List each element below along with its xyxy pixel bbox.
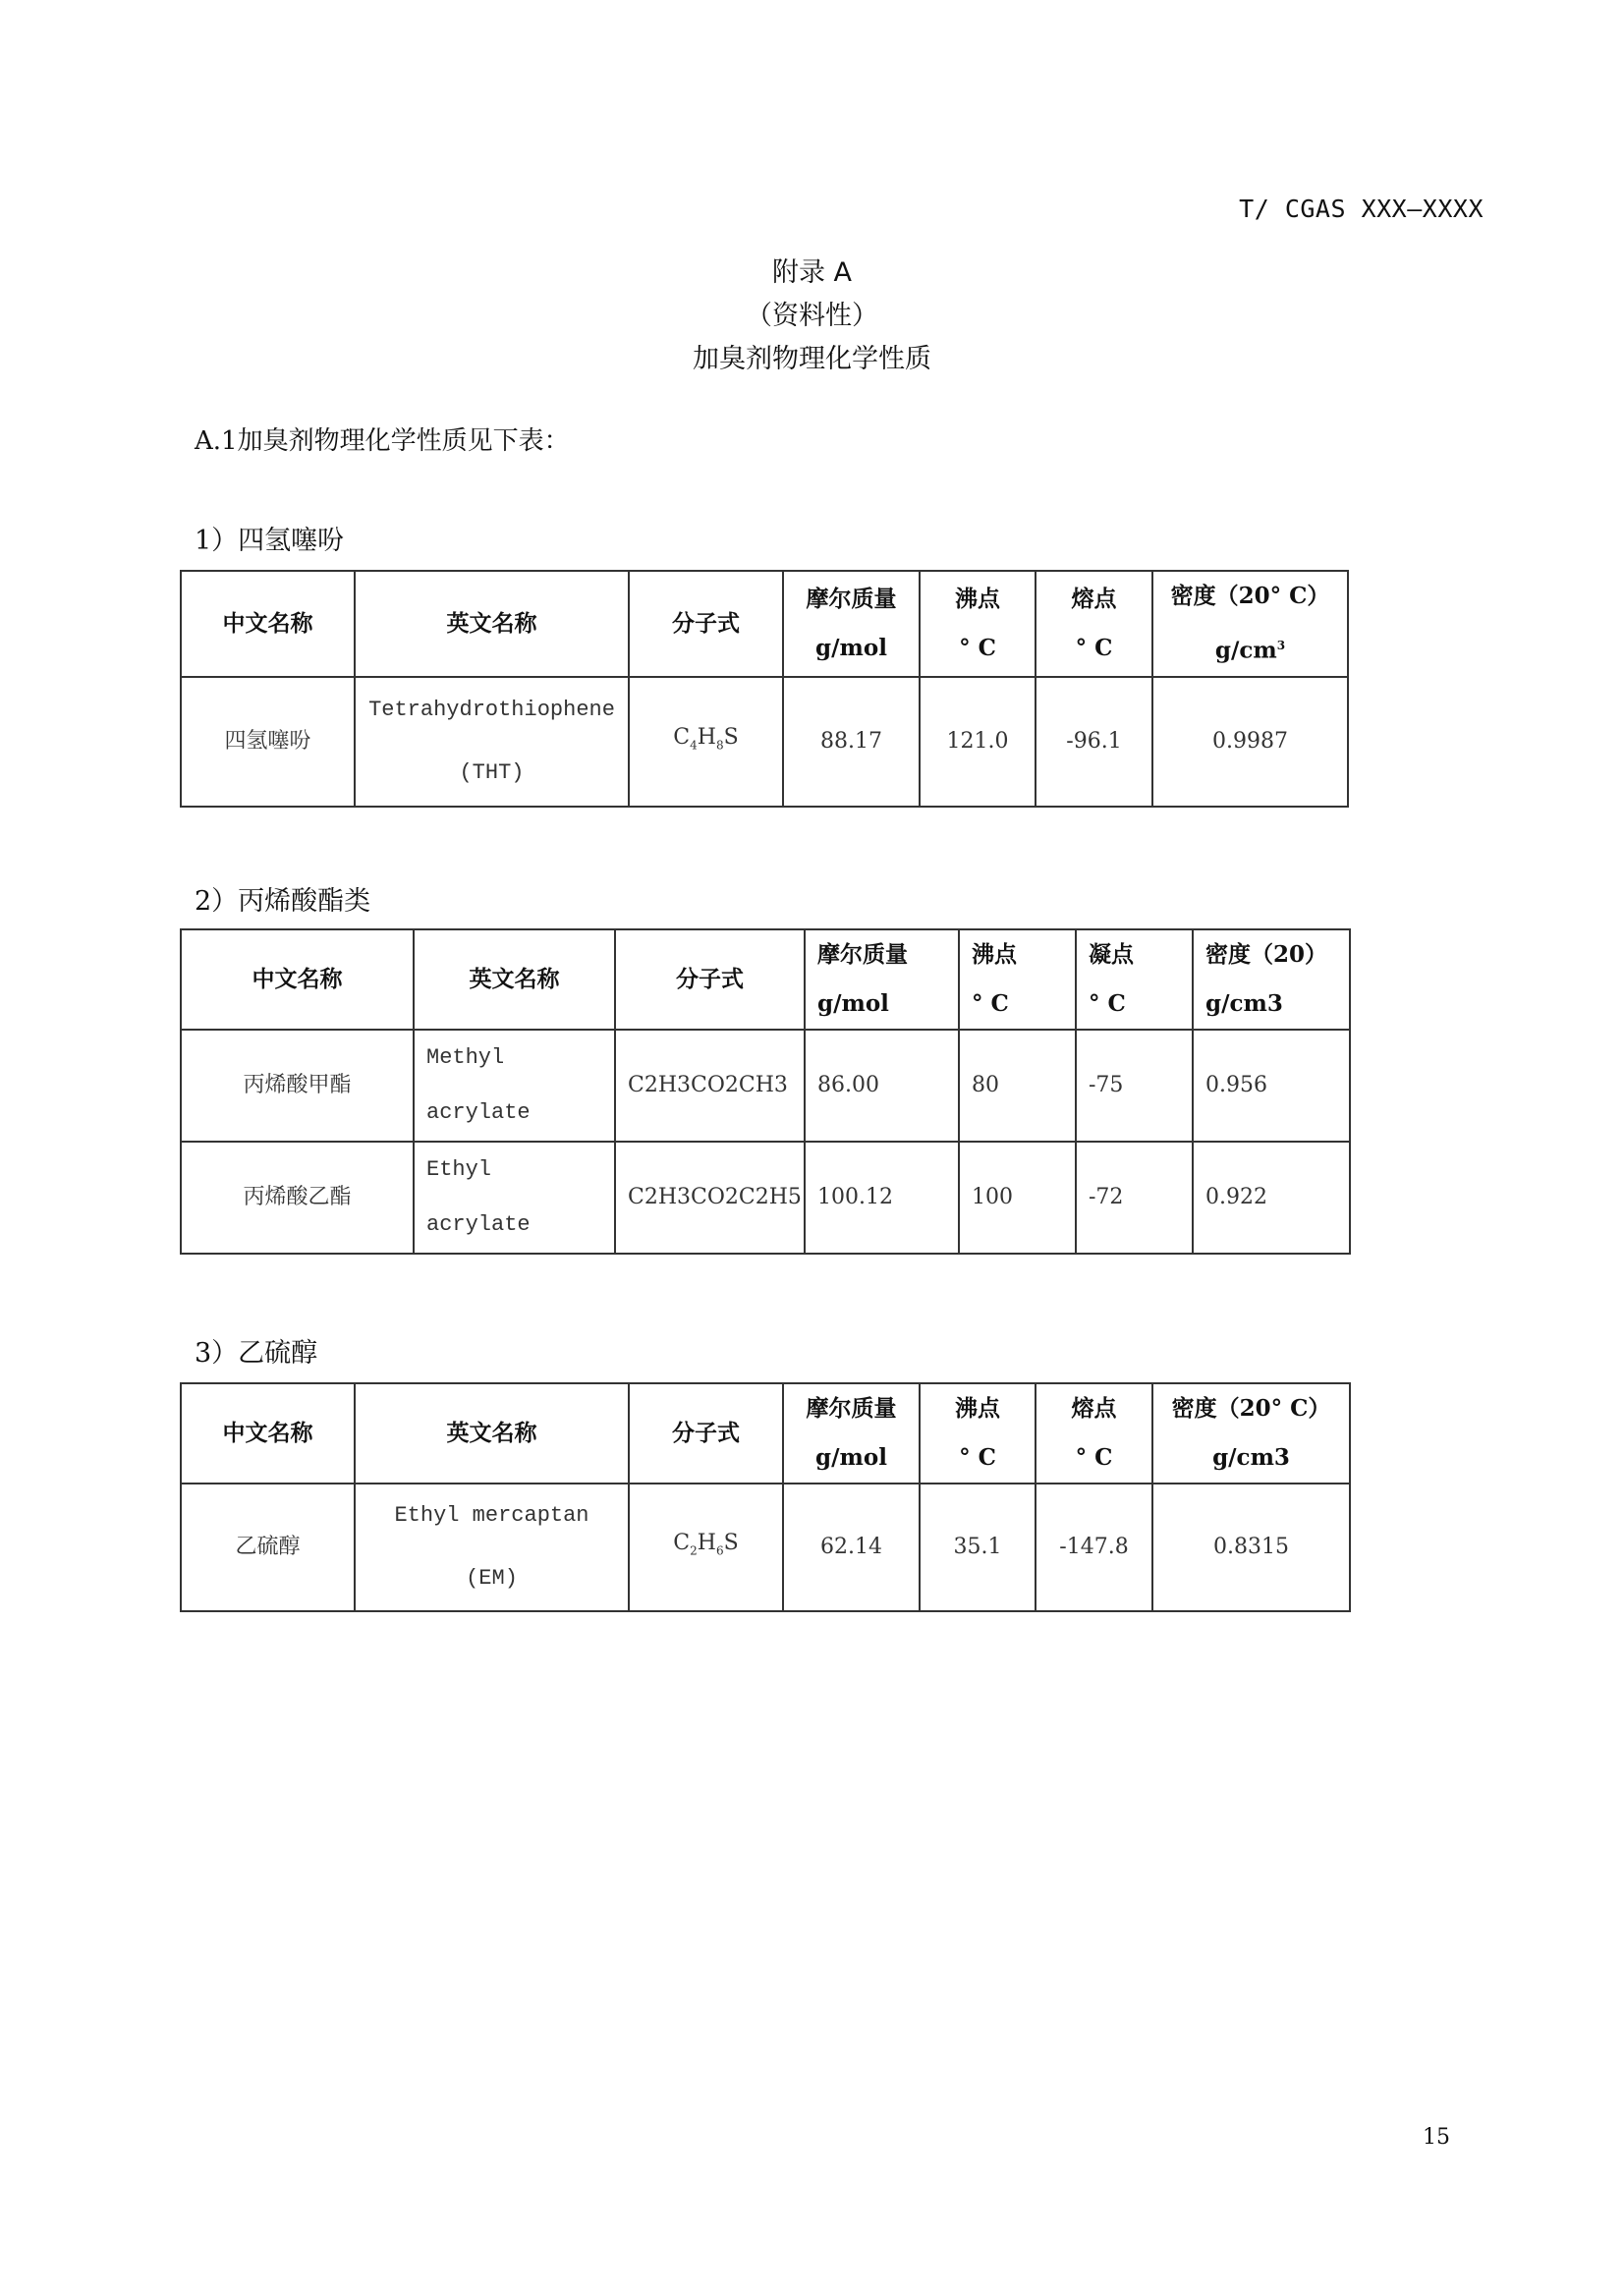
cell-formula: C2H3CO2C2H5 (615, 1142, 805, 1254)
header-density: 密度（20）g/cm3 (1193, 929, 1350, 1030)
header-density: 密度（20° C）g/cm3 (1152, 1383, 1350, 1484)
header-cn-name: 中文名称 (181, 1383, 355, 1484)
cell-molar-mass: 88.17 (783, 677, 920, 807)
cell-formula: C2H3CO2CH3 (615, 1030, 805, 1142)
cell-cn-name: 乙硫醇 (181, 1484, 355, 1611)
header-formula: 分子式 (629, 571, 783, 677)
cell-boiling: 80 (959, 1030, 1076, 1142)
header-formula: 分子式 (629, 1383, 783, 1484)
cell-en-name: Tetrahydrothiophene(THT) (355, 677, 629, 807)
header-en-name: 英文名称 (355, 571, 629, 677)
title-block: 附录 A （资料性） 加臭剂物理化学性质 (0, 252, 1624, 381)
header-molar-mass: 摩尔质量g/mol (783, 1383, 920, 1484)
cell-molar-mass: 86.00 (805, 1030, 959, 1142)
table-row: 乙硫醇 Ethyl mercaptan(EM) C2H6S 62.14 35.1… (181, 1484, 1350, 1611)
standard-code: T/ CGAS XXX—XXXX (1179, 195, 1484, 223)
cell-molar-mass: 62.14 (783, 1484, 920, 1611)
cell-freezing: -75 (1076, 1030, 1193, 1142)
table-header-row: 中文名称 英文名称 分子式 摩尔质量g/mol 沸点° C 凝点° C 密度（2… (181, 929, 1350, 1030)
section-label-em: 3）乙硫醇 (195, 1331, 317, 1370)
cell-density: 0.8315 (1152, 1484, 1350, 1611)
cell-en-name: Ethyl mercaptan(EM) (355, 1484, 629, 1611)
intro-text: A.1加臭剂物理化学性质见下表： (195, 420, 570, 457)
table-row: 丙烯酸甲酯 Methylacrylate C2H3CO2CH3 86.00 80… (181, 1030, 1350, 1142)
cell-en-name: Ethylacrylate (414, 1142, 615, 1254)
cell-en-name: Methylacrylate (414, 1030, 615, 1142)
table-header-row: 中文名称 英文名称 分子式 摩尔质量g/mol 沸点° C 熔点° C 密度（2… (181, 1383, 1350, 1484)
header-boiling: 沸点° C (959, 929, 1076, 1030)
header-formula: 分子式 (615, 929, 805, 1030)
cell-cn-name: 丙烯酸乙酯 (181, 1142, 414, 1254)
header-density: 密度（20° C）g/cm3 (1152, 571, 1348, 677)
cell-cn-name: 四氢噻吩 (181, 677, 355, 807)
header-boiling: 沸点° C (920, 571, 1036, 677)
cell-melting: -96.1 (1036, 677, 1152, 807)
page-number: 15 (1423, 2125, 1450, 2150)
header-molar-mass: 摩尔质量g/mol (783, 571, 920, 677)
table-acrylates: 中文名称 英文名称 分子式 摩尔质量g/mol 沸点° C 凝点° C 密度（2… (180, 928, 1351, 1255)
section-label-tht: 1）四氢噻吩 (195, 519, 344, 557)
header-molar-mass: 摩尔质量g/mol (805, 929, 959, 1030)
header-freezing: 凝点° C (1076, 929, 1193, 1030)
table-em: 中文名称 英文名称 分子式 摩尔质量g/mol 沸点° C 熔点° C 密度（2… (180, 1382, 1351, 1612)
appendix-heading: 加臭剂物理化学性质 (0, 338, 1624, 381)
table-tht: 中文名称 英文名称 分子式 摩尔质量g/mol 沸点° C 熔点° C 密度（2… (180, 570, 1349, 808)
header-cn-name: 中文名称 (181, 929, 414, 1030)
header-melting: 熔点° C (1036, 571, 1152, 677)
cell-formula: C2H6S (629, 1484, 783, 1611)
section-label-acrylates: 2）丙烯酸酯类 (195, 879, 370, 918)
cell-boiling: 121.0 (920, 677, 1036, 807)
appendix-nature: （资料性） (0, 295, 1624, 338)
cell-density: 0.956 (1193, 1030, 1350, 1142)
header-cn-name: 中文名称 (181, 571, 355, 677)
header-boiling: 沸点° C (920, 1383, 1036, 1484)
table-header-row: 中文名称 英文名称 分子式 摩尔质量g/mol 沸点° C 熔点° C 密度（2… (181, 571, 1348, 677)
table-row: 丙烯酸乙酯 Ethylacrylate C2H3CO2C2H5 100.12 1… (181, 1142, 1350, 1254)
header-en-name: 英文名称 (355, 1383, 629, 1484)
appendix-label: 附录 A (0, 252, 1624, 295)
cell-boiling: 35.1 (920, 1484, 1036, 1611)
cell-melting: -147.8 (1036, 1484, 1152, 1611)
header-melting: 熔点° C (1036, 1383, 1152, 1484)
cell-cn-name: 丙烯酸甲酯 (181, 1030, 414, 1142)
table-row: 四氢噻吩 Tetrahydrothiophene(THT) C4H8S 88.1… (181, 677, 1348, 807)
cell-formula: C4H8S (629, 677, 783, 807)
cell-boiling: 100 (959, 1142, 1076, 1254)
cell-density: 0.922 (1193, 1142, 1350, 1254)
cell-freezing: -72 (1076, 1142, 1193, 1254)
cell-molar-mass: 100.12 (805, 1142, 959, 1254)
cell-density: 0.9987 (1152, 677, 1348, 807)
header-en-name: 英文名称 (414, 929, 615, 1030)
